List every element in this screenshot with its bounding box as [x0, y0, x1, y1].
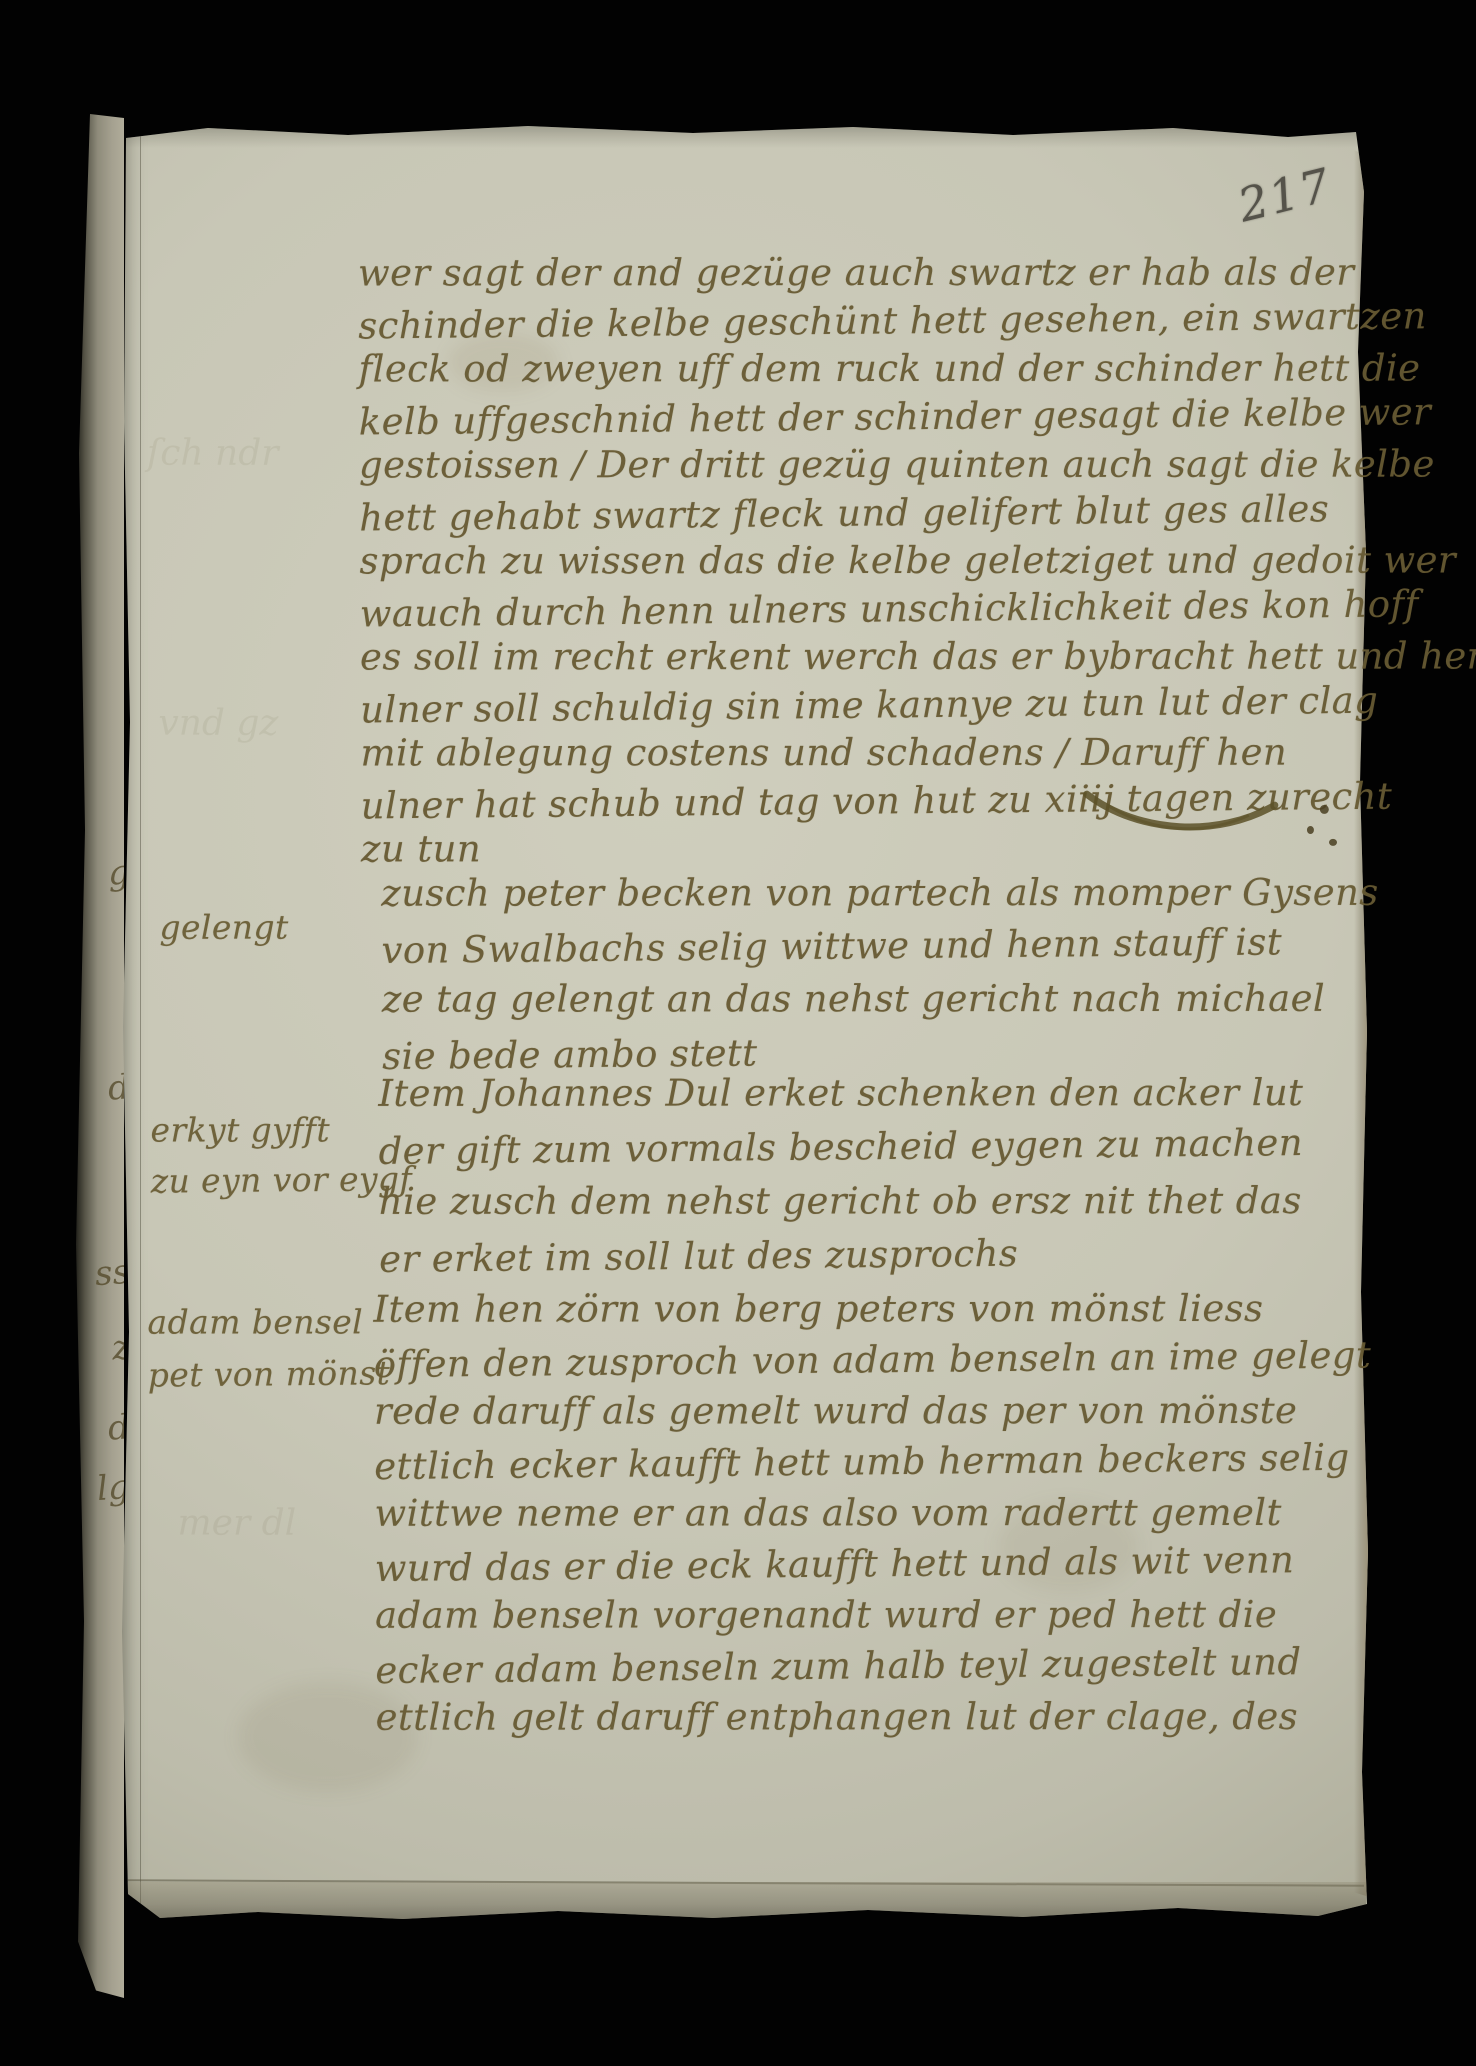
manuscript-line: rede daruff als gemelt wurd das per von … — [374, 1389, 1371, 1441]
ink-dot — [1329, 839, 1337, 846]
margin-note-line: adam bensel — [148, 1302, 391, 1354]
margin-note-line: pet von mönst — [148, 1353, 391, 1407]
ink-dot — [1320, 805, 1329, 814]
manuscript-line: gestoissen / Der dritt gezüg quinten auc… — [359, 442, 1476, 491]
margin-note-gelengt: gelengt — [159, 907, 288, 958]
manuscript-line: wauch durch henn ulners unschicklichkeit… — [360, 581, 1476, 640]
manuscript-line: von Swalbachs selig wittwe und henn stau… — [381, 919, 1379, 982]
manuscript-line: öffen den zusproch von adam benseln an i… — [374, 1334, 1372, 1395]
manuscript-line: ecker adam benseln zum halb teyl zugeste… — [375, 1640, 1373, 1701]
manuscript-photo: gdsszdlg 217 wer sagt der and gezüge auc… — [0, 0, 1476, 2066]
manuscript-line: kelb uffgeschnid hett der schinder gesag… — [359, 389, 1476, 448]
manuscript-line: Item hen zörn von berg peters von mönst … — [373, 1287, 1370, 1339]
manuscript-line: ettlich gelt daruff entphangen lut der c… — [376, 1695, 1373, 1747]
manuscript-line: fleck od zweyen uff dem ruck und der sch… — [359, 346, 1476, 395]
manuscript-line: hie zusch dem nehst gericht ob ersz nit … — [379, 1179, 1304, 1234]
manuscript-line: wittwe neme er an das also vom radertt g… — [375, 1491, 1372, 1543]
manuscript-line: mit ablegung costens und schadens / Daru… — [361, 730, 1476, 779]
manuscript-line: sprach zu wissen das die kelbe geletzige… — [360, 538, 1476, 587]
manuscript-line: hett gehabt swartz fleck und gelifert bl… — [359, 485, 1476, 544]
manuscript-text-block: wer sagt der and gezüge auch swartz er h… — [0, 0, 1476, 2066]
margin-note-erkyt-gyfft: erkyt gyfftzu eyn vor eygf — [150, 1110, 412, 1211]
ink-flourish — [1079, 775, 1359, 866]
manuscript-line: ze tag gelengt an das nehst gericht nach… — [382, 977, 1379, 1031]
margin-note-line: zu eyn vor eygf — [151, 1159, 413, 1212]
manuscript-line: der gift zum vormals bescheid eygen zu m… — [378, 1121, 1303, 1184]
manuscript-line: es soll im recht erkent werch das er byb… — [360, 634, 1476, 683]
manuscript-line: Item Johannes Dul erket schenken den ack… — [378, 1071, 1303, 1126]
paragraph-johannes-dul: Item Johannes Dul erket schenken den ack… — [378, 1069, 1304, 1290]
bleedthrough-text: ſch ndr — [147, 433, 279, 474]
manuscript-line: wer sagt der and gezüge auch swartz er h… — [358, 250, 1476, 299]
paragraph-postponement: zusch peter becken von partech als mompe… — [381, 869, 1379, 1086]
manuscript-line: adam benseln vorgenandt wurd er ped hett… — [375, 1593, 1372, 1645]
bleedthrough-text: vnd gz — [158, 703, 278, 744]
margin-note-adam-bensel: adam benselpet von mönst — [147, 1302, 390, 1407]
manuscript-line: wurd das er die eck kaufft hett und als … — [375, 1538, 1373, 1599]
manuscript-line: er erket im soll lut des zusprochs — [379, 1229, 1304, 1292]
bleedthrough-text: mer dl — [178, 1503, 297, 1544]
manuscript-line: schinder die kelbe geschünt hett gesehen… — [358, 293, 1476, 352]
ink-dot — [1307, 826, 1314, 834]
manuscript-line: ulner soll schuldig sin ime kannye zu tu… — [360, 677, 1476, 736]
manuscript-line: ettlich ecker kaufft hett umb herman bec… — [374, 1436, 1372, 1497]
paragraph-adam-bensel: Item hen zörn von berg peters von mönst … — [373, 1285, 1373, 1749]
margin-note-line: erkyt gyfft — [151, 1110, 412, 1160]
manuscript-line: zusch peter becken von partech als mompe… — [381, 871, 1378, 925]
margin-note-line: gelengt — [159, 908, 288, 958]
